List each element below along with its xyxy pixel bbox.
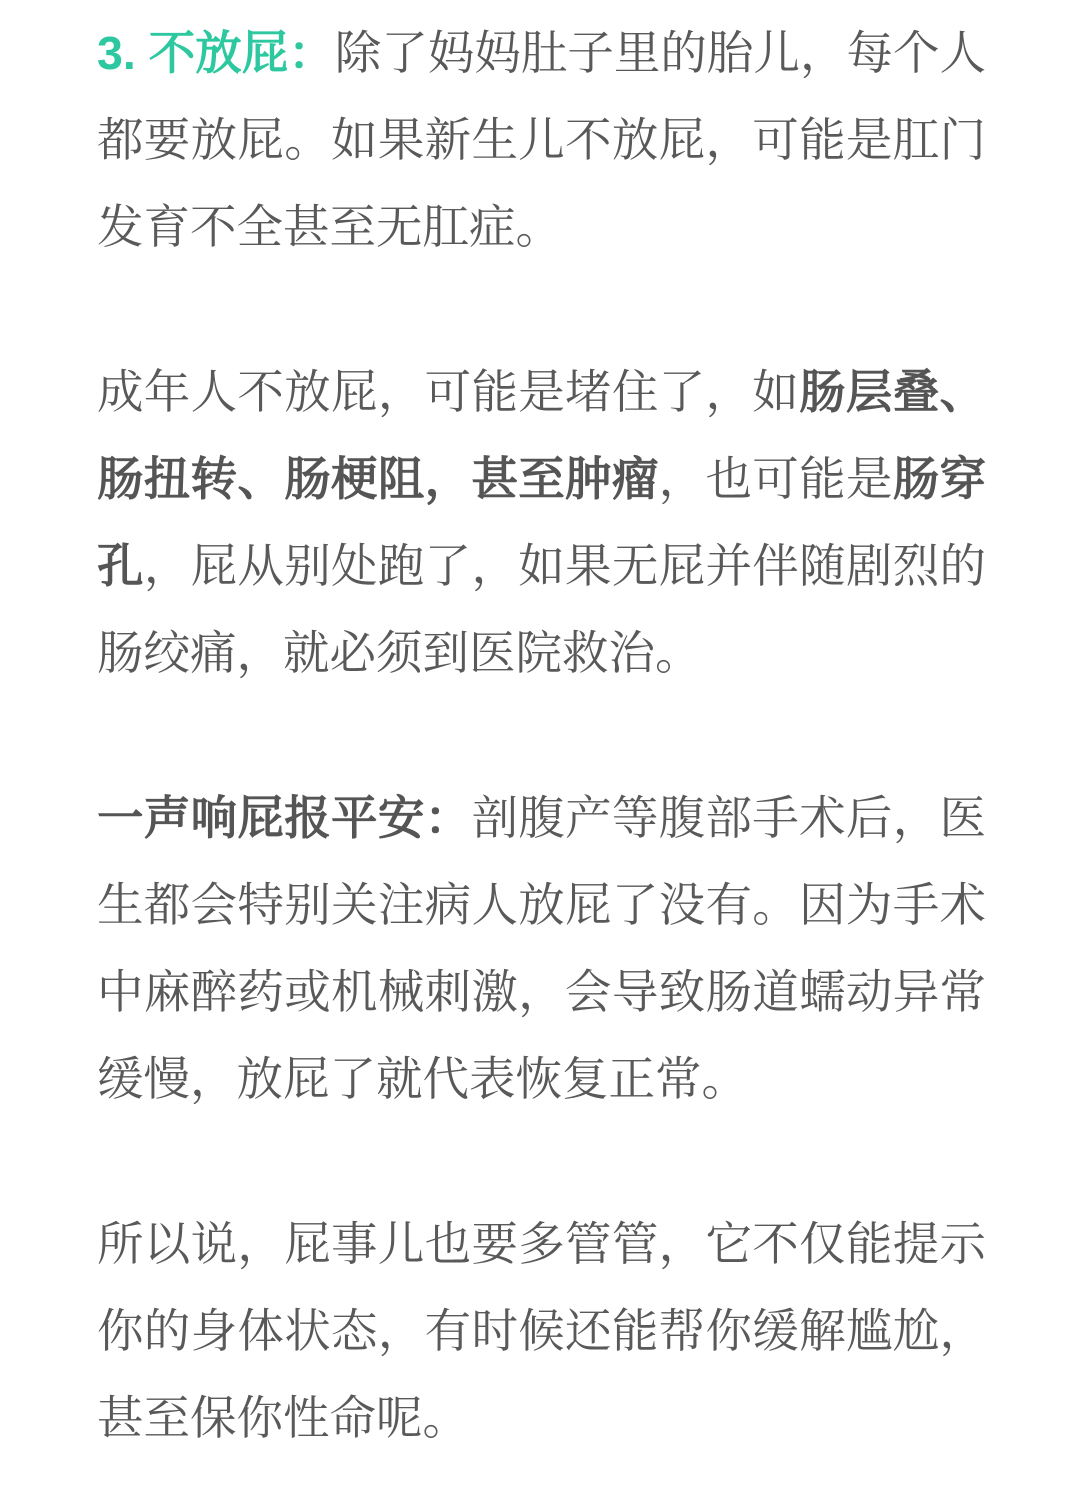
paragraph-adult-blockage: 成年人不放屁，可能是堵住了，如肠层叠、肠扭转、肠梗阻，甚至肿瘤，也可能是肠穿孔，… bbox=[97, 349, 986, 697]
text-segment: 所以说，屁事儿也要多管管，它不仅能提示你的身体状态，有时候还能帮你缓解尴尬，甚至… bbox=[97, 1218, 986, 1444]
section-heading-no-fart: 3. 不放屁： bbox=[97, 27, 335, 79]
paragraph-post-surgery: 一声响屁报平安：剖腹产等腹部手术后，医生都会特别关注病人放屁了没有。因为手术中麻… bbox=[97, 775, 986, 1123]
text-segment: ，屁从别处跑了，如果无屁并伴随剧烈的肠绞痛，就必须到医院救治。 bbox=[97, 540, 986, 679]
article-body: 3. 不放屁：除了妈妈肚子里的胎儿，每个人都要放屁。如果新生儿不放屁，可能是肛门… bbox=[0, 0, 1079, 1462]
paragraph-newborn: 3. 不放屁：除了妈妈肚子里的胎儿，每个人都要放屁。如果新生儿不放屁，可能是肛门… bbox=[97, 10, 986, 271]
paragraph-conclusion: 所以说，屁事儿也要多管管，它不仅能提示你的身体状态，有时候还能帮你缓解尴尬，甚至… bbox=[97, 1201, 986, 1462]
text-segment: ，也可能是 bbox=[659, 453, 893, 505]
text-segment: 成年人不放屁，可能是堵住了，如 bbox=[97, 366, 799, 418]
text-segment-bold-safe-fart: 一声响屁报平安： bbox=[97, 792, 471, 844]
